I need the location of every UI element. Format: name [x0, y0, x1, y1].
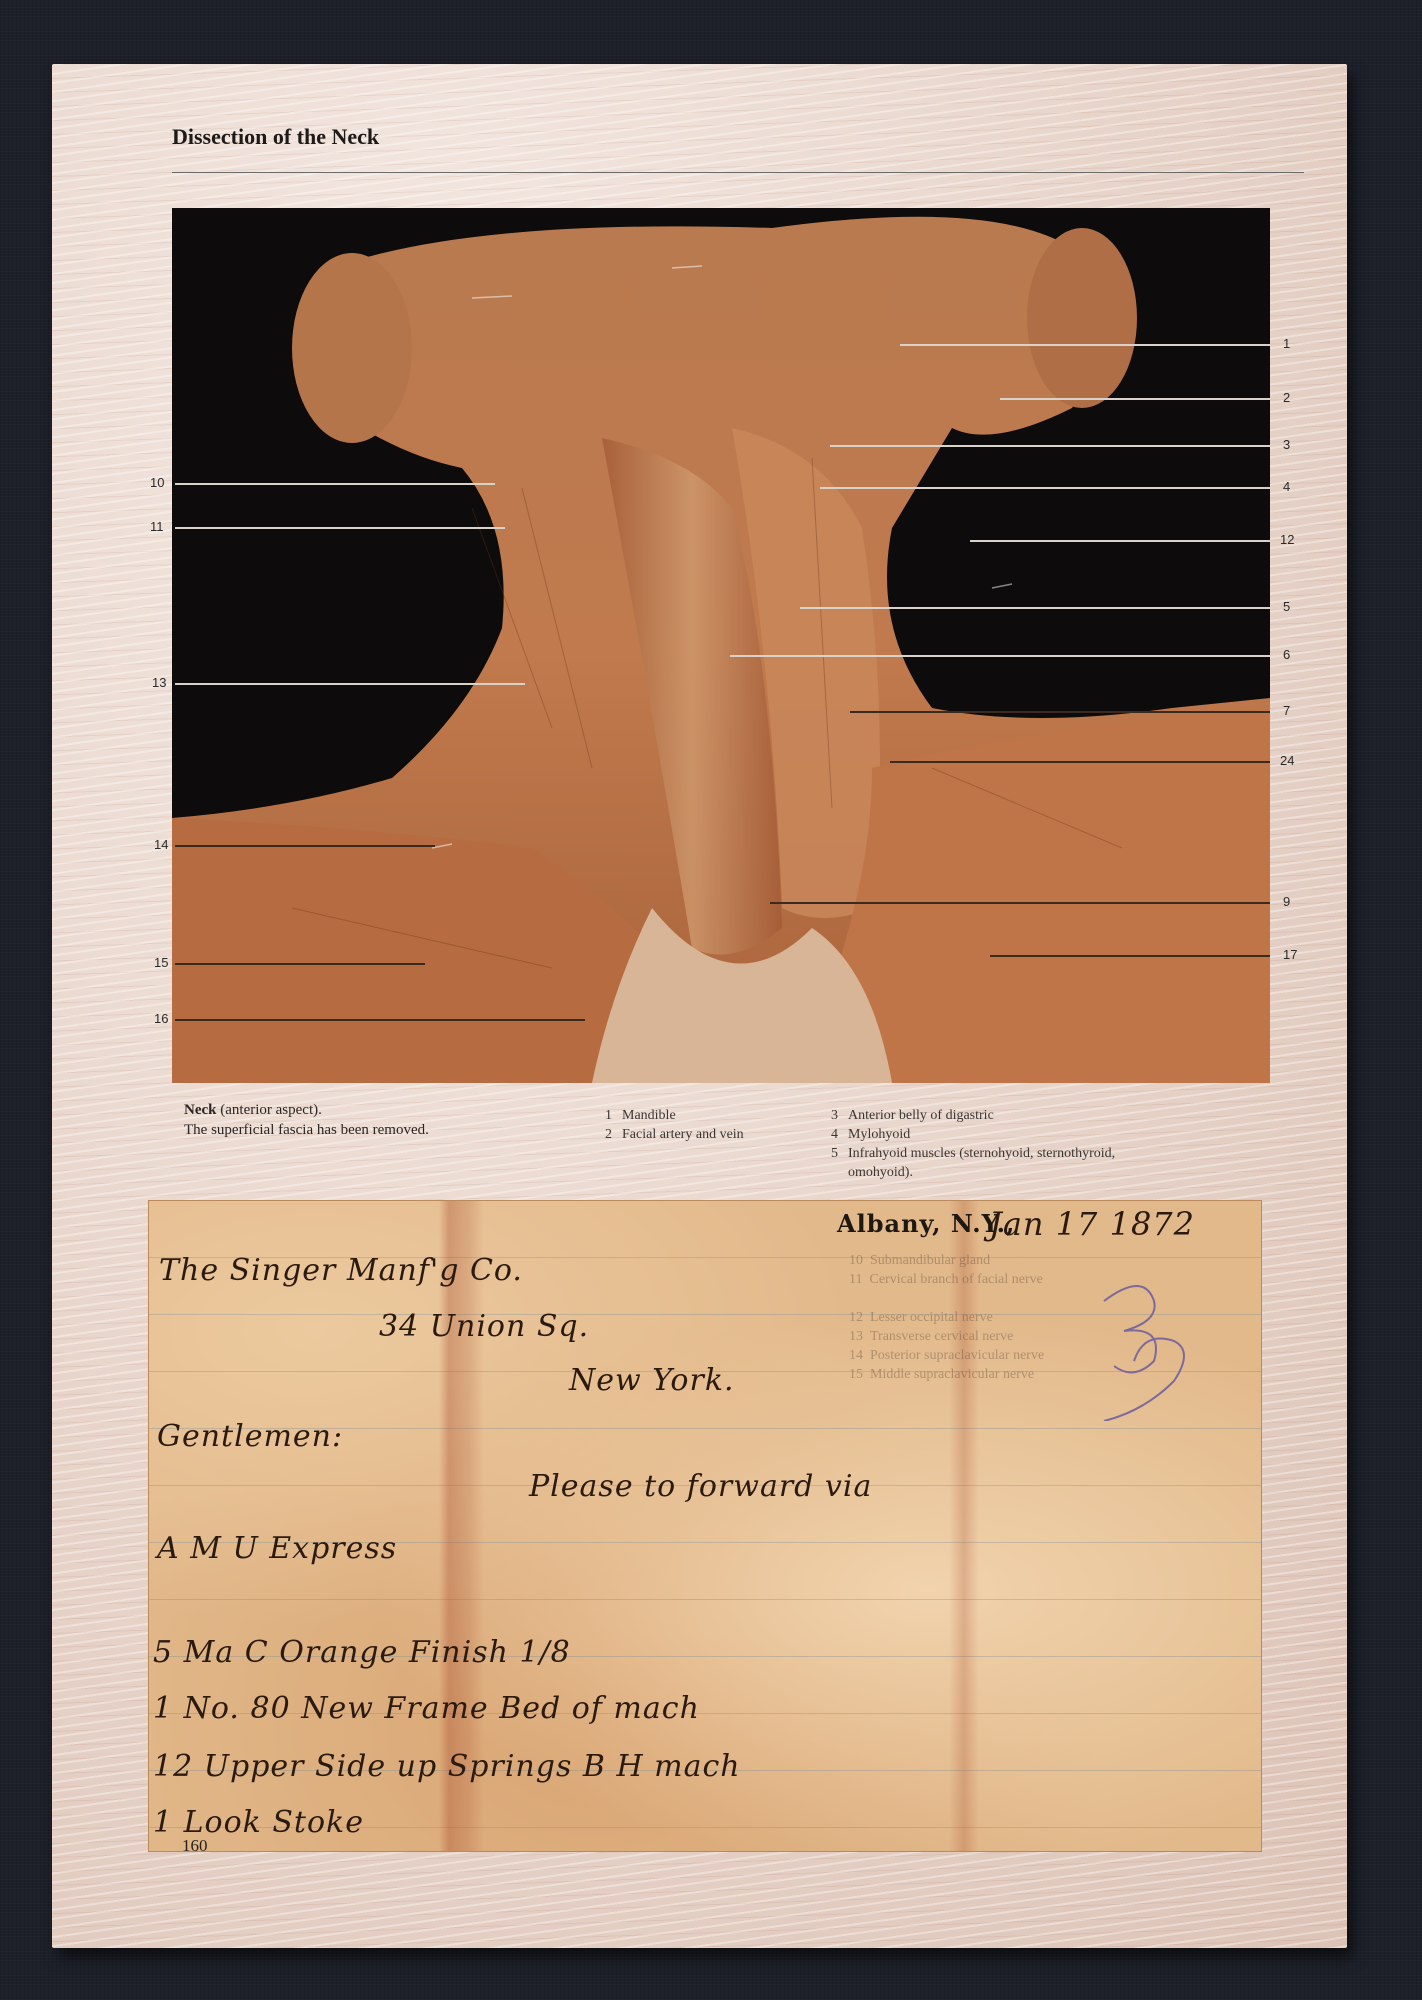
callout-number: 4 [1283, 479, 1290, 494]
letter-line: Please to forward via [529, 1469, 872, 1504]
letter-line: 1 No. 80 New Frame Bed of mach [153, 1691, 700, 1726]
callout-line-4 [820, 487, 1270, 489]
page-number: 160 [182, 1836, 208, 1856]
callout-number: 5 [1283, 599, 1290, 614]
callout-line-17 [990, 955, 1270, 957]
neck-dissection-image [172, 208, 1270, 1083]
letter-line: New York. [569, 1363, 735, 1398]
legend-item: 2Facial artery and vein [600, 1125, 744, 1144]
figure-caption: Neck (anterior aspect). The superficial … [184, 1100, 429, 1140]
callout-line-16 [175, 1019, 585, 1021]
callout-line-12 [970, 540, 1270, 542]
callout-line-13 [175, 683, 525, 685]
legend-item: 12 Lesser occipital nerve [849, 1308, 1044, 1327]
callout-line-24 [890, 761, 1270, 763]
callout-number: 14 [154, 837, 168, 852]
callout-number: 15 [154, 955, 168, 970]
callout-line-14 [175, 845, 435, 847]
caption-line-2: The superficial fascia has been removed. [184, 1120, 429, 1140]
legend-item: 4Mylohyoid [826, 1125, 1115, 1144]
bleed-through-legend: 10 Submandibular gland 11 Cervical branc… [849, 1251, 1044, 1384]
legend-item: 1Mandible [600, 1106, 744, 1125]
callout-number: 17 [1283, 947, 1297, 962]
legend-item: 5Infrahyoid muscles (sternohyoid, sterno… [826, 1144, 1115, 1163]
callout-number: 2 [1283, 390, 1290, 405]
letter-line: 5 Ma C Orange Finish 1/8 [153, 1635, 571, 1670]
callout-line-2 [1000, 398, 1270, 400]
legend-item: 10 Submandibular gland [849, 1251, 1044, 1270]
callout-number: 3 [1283, 437, 1290, 452]
callout-line-10 [175, 483, 495, 485]
pencil-mark-32 [1084, 1271, 1204, 1421]
legend-col-2: 3Anterior belly of digastric 4Mylohyoid … [826, 1106, 1115, 1182]
letter-line: 12 Upper Side up Springs B H mach [153, 1749, 741, 1784]
callout-line-3 [830, 445, 1270, 447]
legend-item: 13 Transverse cervical nerve [849, 1327, 1044, 1346]
callout-line-11 [175, 527, 505, 529]
legend-item: omohyoid). [826, 1163, 1115, 1182]
legend-item: 11 Cervical branch of facial nerve [849, 1270, 1044, 1289]
legend-item: 15 Middle supraclavicular nerve [849, 1365, 1044, 1384]
legend-col-1: 1Mandible 2Facial artery and vein [600, 1106, 744, 1144]
letter-line: 1 Look Stoke [153, 1805, 364, 1840]
callout-number: 6 [1283, 647, 1290, 662]
legend-item: 3Anterior belly of digastric [826, 1106, 1115, 1125]
callout-line-7 [850, 711, 1270, 713]
letter-line: 34 Union Sq. [379, 1309, 589, 1344]
callout-number: 1 [1283, 336, 1290, 351]
callout-line-9 [770, 902, 1270, 904]
caption-bold: Neck [184, 1102, 217, 1118]
legend-item: 14 Posterior supraclavicular nerve [849, 1346, 1044, 1365]
letter-line: A M U Express [157, 1531, 397, 1566]
letter-line: Gentlemen: [157, 1419, 343, 1454]
callout-line-15 [175, 963, 425, 965]
callout-number: 9 [1283, 894, 1290, 909]
callout-number: 16 [154, 1011, 168, 1026]
callout-line-5 [800, 607, 1270, 609]
letter-line: The Singer Manf'g Co. [159, 1253, 523, 1288]
callout-number: 10 [150, 475, 164, 490]
callout-number: 7 [1283, 703, 1290, 718]
handwritten-letter: 10 Submandibular gland 11 Cervical branc… [148, 1200, 1262, 1852]
callout-line-1 [900, 344, 1270, 346]
anatomy-photo [172, 208, 1270, 1083]
callout-number: 24 [1280, 753, 1294, 768]
caption-aspect: (anterior aspect). [217, 1102, 322, 1118]
callout-line-6 [730, 655, 1270, 657]
callout-number: 12 [1280, 532, 1294, 547]
letter-date: Jan 17 1872 [989, 1205, 1195, 1243]
title-rule [172, 172, 1304, 173]
page-title: Dissection of the Neck [172, 124, 379, 150]
callout-number: 11 [150, 519, 164, 534]
callout-number: 13 [152, 675, 166, 690]
